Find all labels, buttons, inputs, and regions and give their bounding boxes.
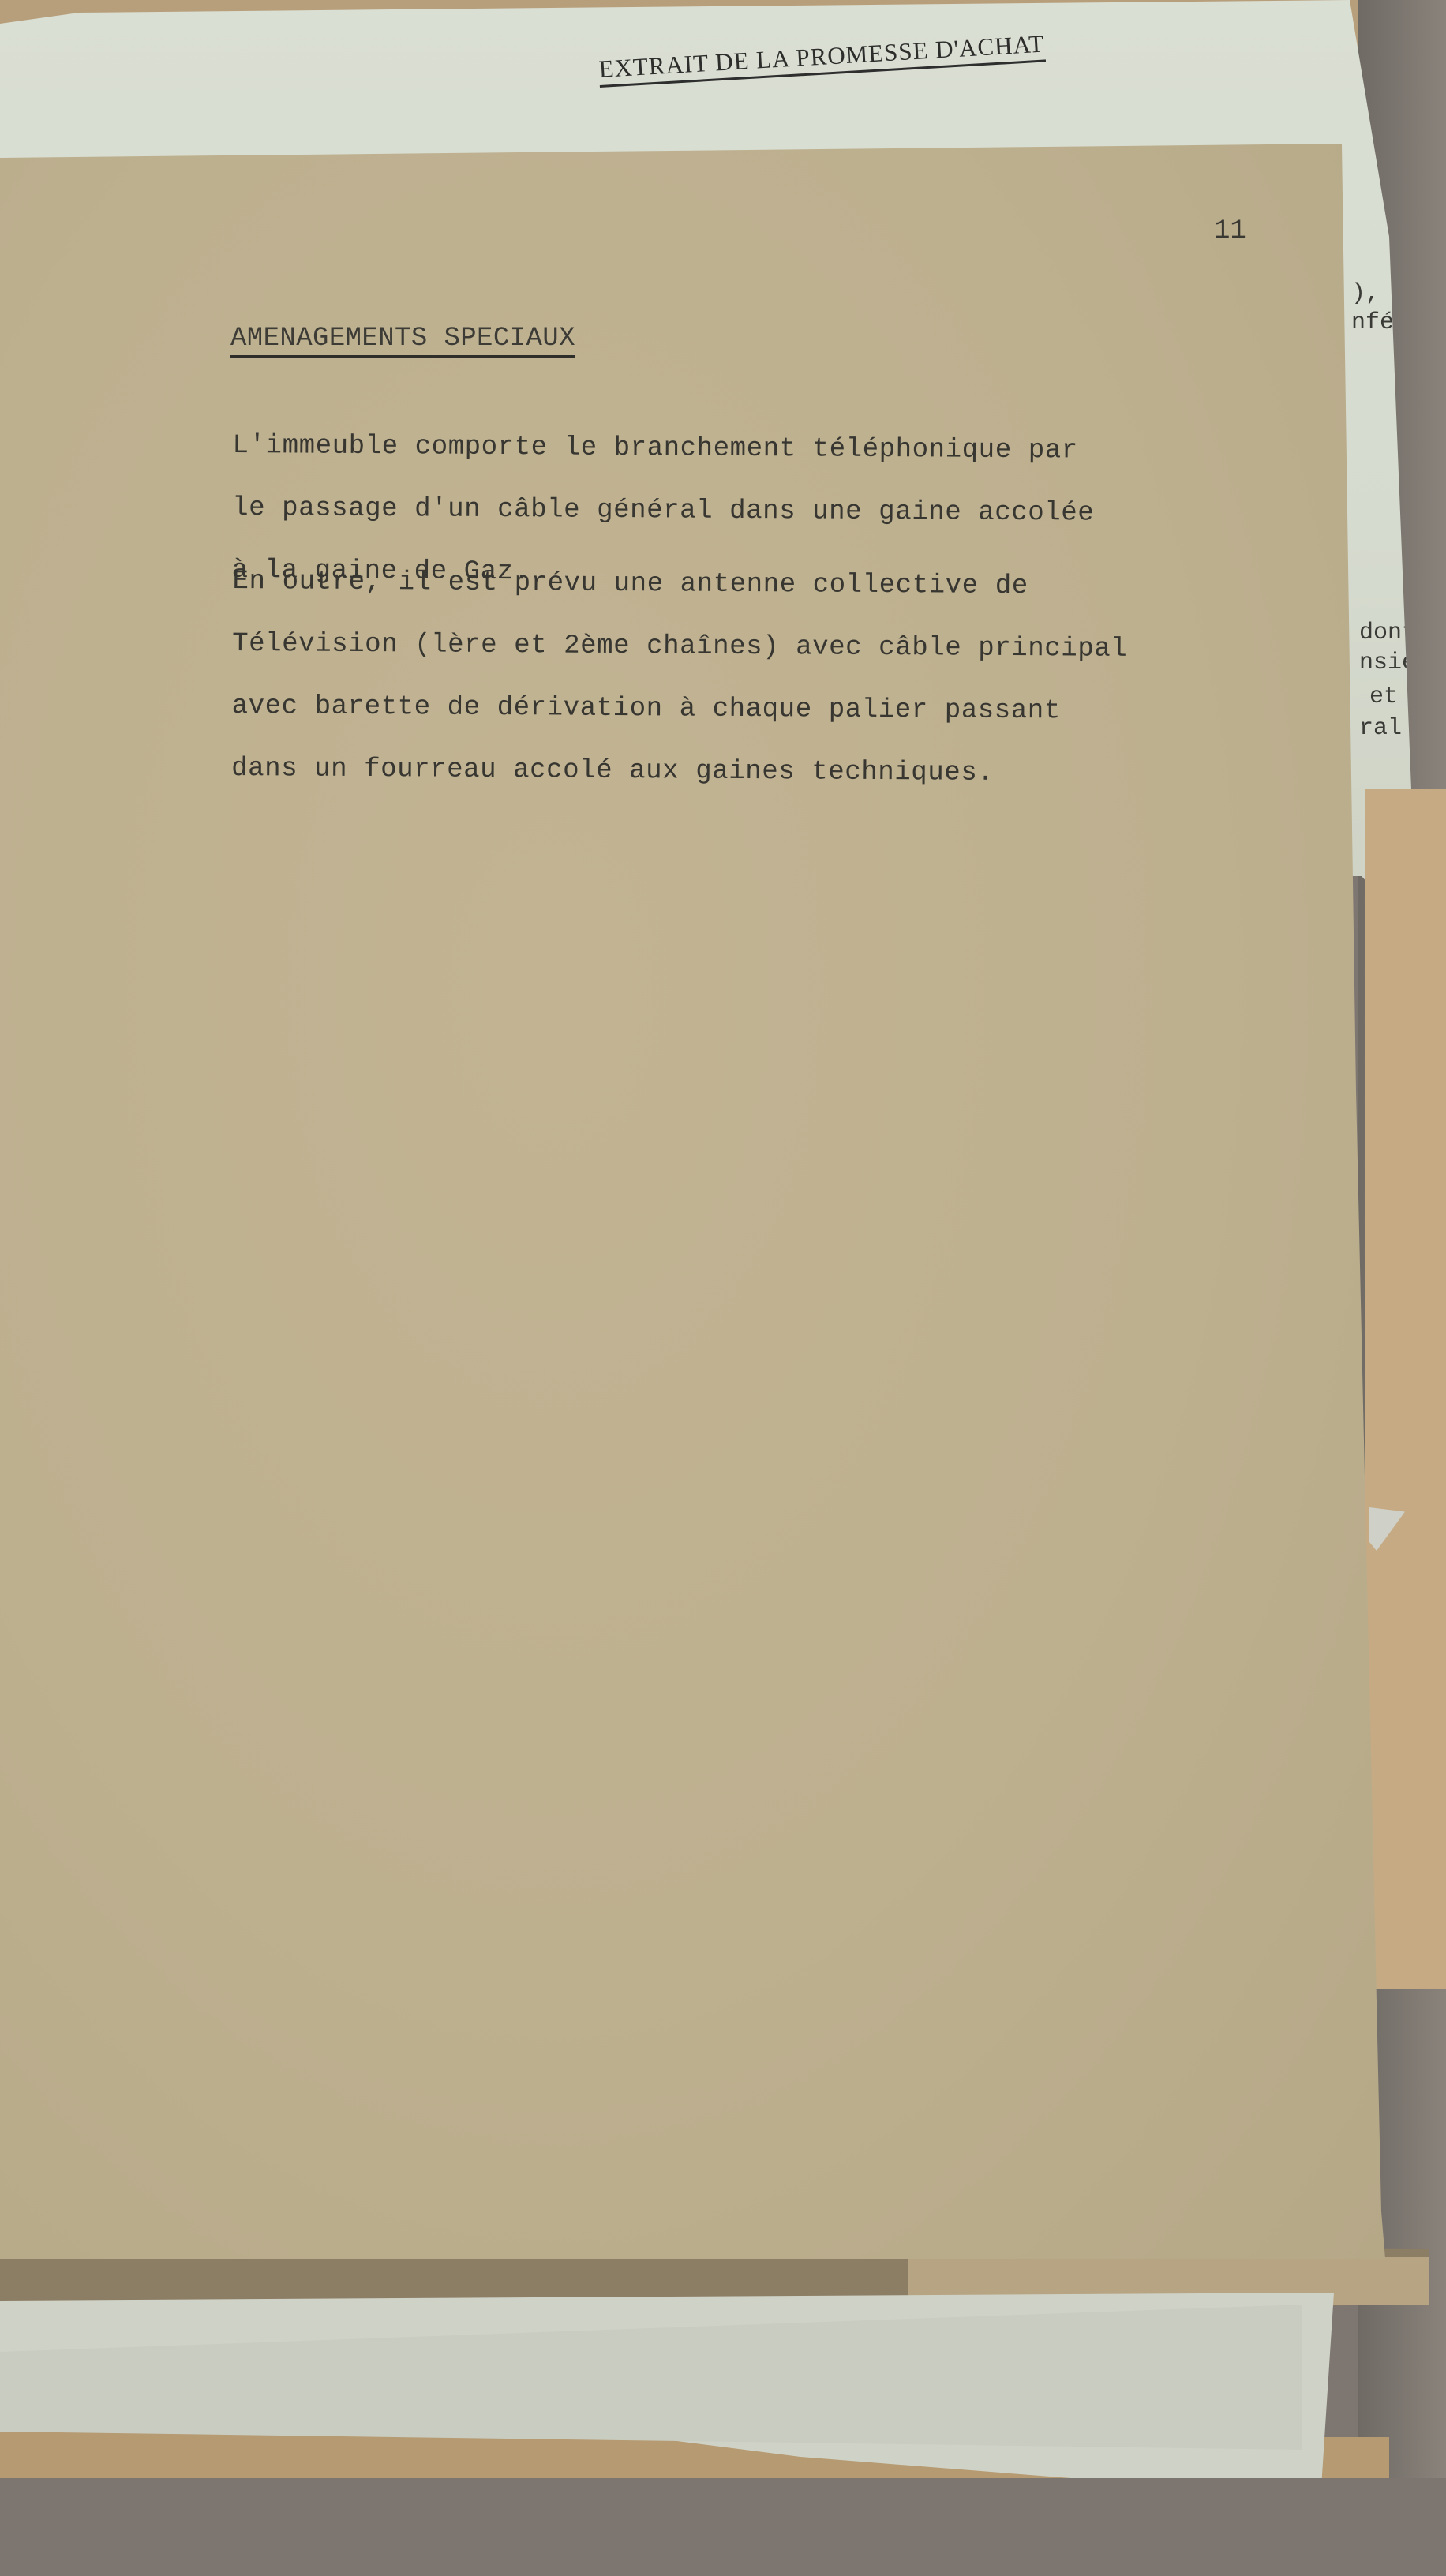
text-line: En outre, il est prévu une antenne colle… <box>233 571 1128 598</box>
text-line: avec barette de dérivation à chaque pali… <box>232 696 1127 723</box>
page-number: 11 <box>1214 216 1246 246</box>
extrait-title: EXTRAIT DE LA PROMESSE D'ACHAT <box>598 30 1046 88</box>
edge-fragment: ), <box>1351 280 1380 307</box>
folder-edge-right <box>1365 789 1446 1989</box>
paragraph-television: En outre, il est prévu une antenne colle… <box>231 530 1128 826</box>
section-heading: AMENAGEMENTS SPECIAUX <box>230 324 575 358</box>
text-line: le passage d'un câble général dans une g… <box>232 498 1094 525</box>
table-surface <box>0 2478 1446 2576</box>
text-line: Télévision (lère et 2ème chaînes) avec c… <box>232 634 1127 661</box>
text-line: dans un fourreau accolé aux gaines techn… <box>231 758 1126 785</box>
edge-fragment: ral <box>1359 715 1402 742</box>
document-page: 11 AMENAGEMENTS SPECIAUX L'immeuble comp… <box>0 144 1385 2259</box>
edge-fragment: et <box>1369 683 1398 710</box>
text-line: L'immeuble comporte le branchement télép… <box>233 436 1095 462</box>
edge-fragment: nfé <box>1351 309 1394 336</box>
